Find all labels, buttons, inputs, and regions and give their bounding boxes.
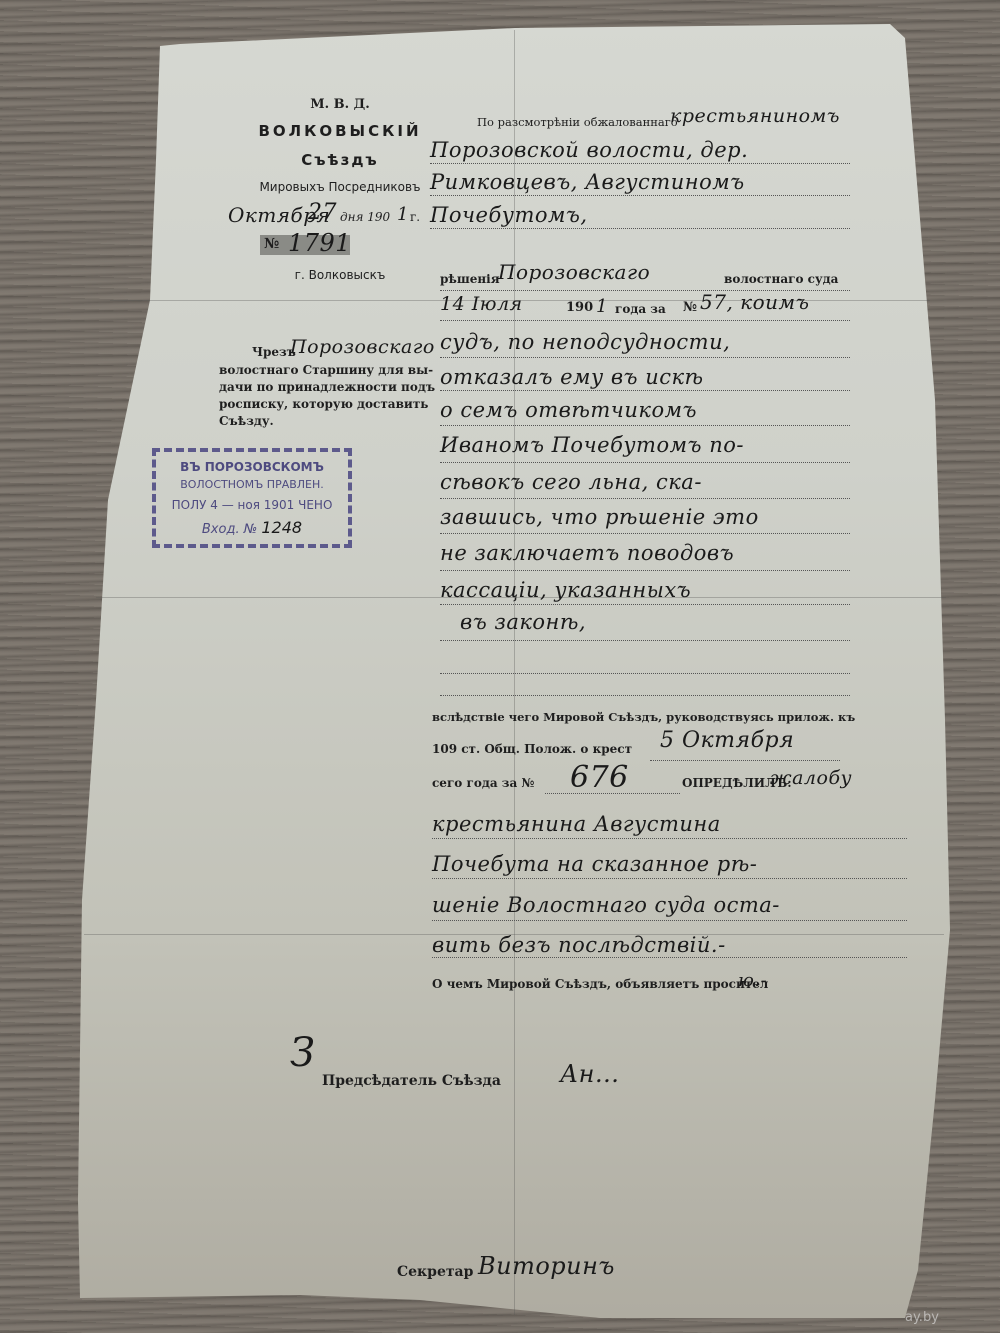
hand-line-5: отказалъ ему въ искѣ [440, 365, 704, 389]
intro-print: По разсмотрѣніи обжалованнаго [477, 115, 678, 129]
stamp-line-4: Вход. № 1248 [156, 518, 348, 537]
stamp-line-3: ПОЛУ 4 — ноя 1901 ЧЕНО [156, 498, 348, 512]
city-label: г. Волковыскъ [240, 268, 440, 282]
consequence-date: 5 Октября [660, 728, 794, 753]
stamp-line-2: ВОЛОСТНОМЪ ПРАВЛЕН. [156, 478, 348, 491]
chair-label: Предсѣдатель Съѣзда [322, 1073, 501, 1089]
dotted-line [430, 195, 850, 196]
chair-signature: Ан... [560, 1060, 619, 1088]
decision-court-label: волостнаго суда [724, 272, 838, 286]
hand-line-14: Почебута на сказанное рѣ- [432, 852, 757, 876]
dotted-line [440, 462, 850, 463]
date-suffix: дня 190 [340, 210, 390, 224]
decision-year-label: года за [615, 302, 666, 316]
hand-line-7: Иваномъ Почебутомъ по- [440, 433, 744, 457]
decision-label: рѣшенія [440, 272, 500, 286]
decision-year-hand: 1 [596, 296, 608, 317]
dotted-line [440, 425, 850, 426]
receipt-stamp: ВЪ ПОРОЗОВСКОМЪ ВОЛОСТНОМЪ ПРАВЛЕН. ПОЛУ… [152, 448, 352, 548]
hand-line-15: шеніе Волостнаго суда оста- [432, 893, 780, 917]
dotted-line [430, 228, 850, 229]
date-year: 1 [397, 204, 409, 225]
dotted-line [440, 673, 850, 674]
district-name: ВОЛКОВЫСКІЙ [240, 122, 440, 140]
announce-print: О чемъ Мировой Съѣздъ, объявляетъ просит… [432, 977, 768, 991]
decision-date: 14 Іюля [440, 293, 523, 315]
dotted-line [440, 390, 850, 391]
congress-full-label: Мировыхъ Посредниковъ [240, 180, 440, 194]
determined-value: жалобу [770, 767, 852, 789]
dotted-line [545, 793, 680, 794]
via-value: Порозовскаго [290, 336, 435, 358]
stamp-received-date: 4 — ноя 1901 [210, 498, 294, 512]
stamp-incoming-label: Вход. № [202, 522, 257, 537]
number-value: 1791 [288, 229, 351, 257]
hand-line-16: вить безъ послѣдствій.- [432, 933, 726, 957]
secretary-label: Секретар [397, 1264, 473, 1280]
stamp-received-suffix: ЧЕНО [298, 498, 332, 512]
hand-line-12: въ законѣ, [460, 610, 586, 634]
decision-court-name: Порозовскаго [498, 260, 650, 284]
delivery-line-4: Съѣзду. [219, 414, 274, 428]
consequence-number: 676 [570, 760, 629, 795]
hand-line-1: Порозовской волости, дер. [430, 138, 748, 162]
secretary-signature: Виторинъ [478, 1252, 615, 1280]
delivery-line-2: дачи по принадлежности подъ [219, 380, 435, 394]
decision-year-print: 190 [566, 300, 593, 315]
congress-label: Съѣздъ [240, 151, 440, 169]
hand-line-8: сѣвокъ сего льна, ска- [440, 470, 702, 494]
hand-line-9: завшись, что рѣшеніе это [440, 505, 759, 529]
hand-line-4: судъ, по неподсудности, [440, 330, 730, 354]
delivery-line-1: волостнаго Старшину для вы- [219, 363, 433, 377]
chair-prefix-mark: З [290, 1030, 315, 1076]
stamp-line-1: ВЪ ПОРОЗОВСКОМЪ [156, 460, 348, 474]
dotted-line [440, 640, 850, 641]
hand-line-2: Римковцевъ, Августиномъ [430, 170, 745, 194]
hand-line-10: не заключаетъ поводовъ [440, 541, 734, 565]
dotted-line [440, 290, 850, 291]
document-paper [0, 0, 1000, 1333]
date-year-suffix: г. [410, 210, 420, 224]
ministry-label: М. В. Д. [240, 97, 440, 112]
consequence-line-1: вслѣдствіе чего Мировой Съѣздъ, руководс… [432, 710, 855, 724]
dotted-line [432, 957, 907, 958]
hand-line-13: крестьянина Августина [432, 812, 721, 836]
decision-no-value: 57, коимъ [700, 290, 809, 314]
dotted-line [440, 695, 850, 696]
delivery-line-3: росписку, которую доставить [219, 397, 428, 411]
number-label: № [264, 236, 279, 252]
number-box: № 1791 [260, 235, 350, 255]
dotted-line [432, 838, 907, 839]
stamp-received-prefix: ПОЛУ [172, 498, 207, 512]
hand-line-11: кассаціи, указанныхъ [440, 578, 691, 602]
dotted-line [650, 760, 840, 761]
stamp-incoming-number: 1248 [261, 518, 302, 537]
dotted-line [432, 878, 907, 879]
dotted-line [430, 163, 850, 164]
announce-hand: ю.- [738, 970, 767, 991]
hand-line-3: Почебутомъ, [430, 203, 588, 227]
dotted-line [440, 320, 850, 321]
decision-no-label: № [683, 300, 697, 315]
consequence-line-3: сего года за № [432, 776, 534, 790]
dotted-line [432, 920, 907, 921]
dotted-line [440, 604, 850, 605]
dotted-line [440, 533, 850, 534]
date-day: 27 [308, 200, 337, 225]
consequence-line-2: 109 ст. Общ. Полож. о крест [432, 742, 632, 756]
dotted-line [440, 357, 850, 358]
intro-hand: крестьяниномъ [670, 105, 840, 127]
dotted-line [440, 498, 850, 499]
watermark: ay.by [905, 1310, 939, 1325]
hand-line-6: о семъ отвѣтчикомъ [440, 398, 697, 422]
dotted-line [440, 570, 850, 571]
